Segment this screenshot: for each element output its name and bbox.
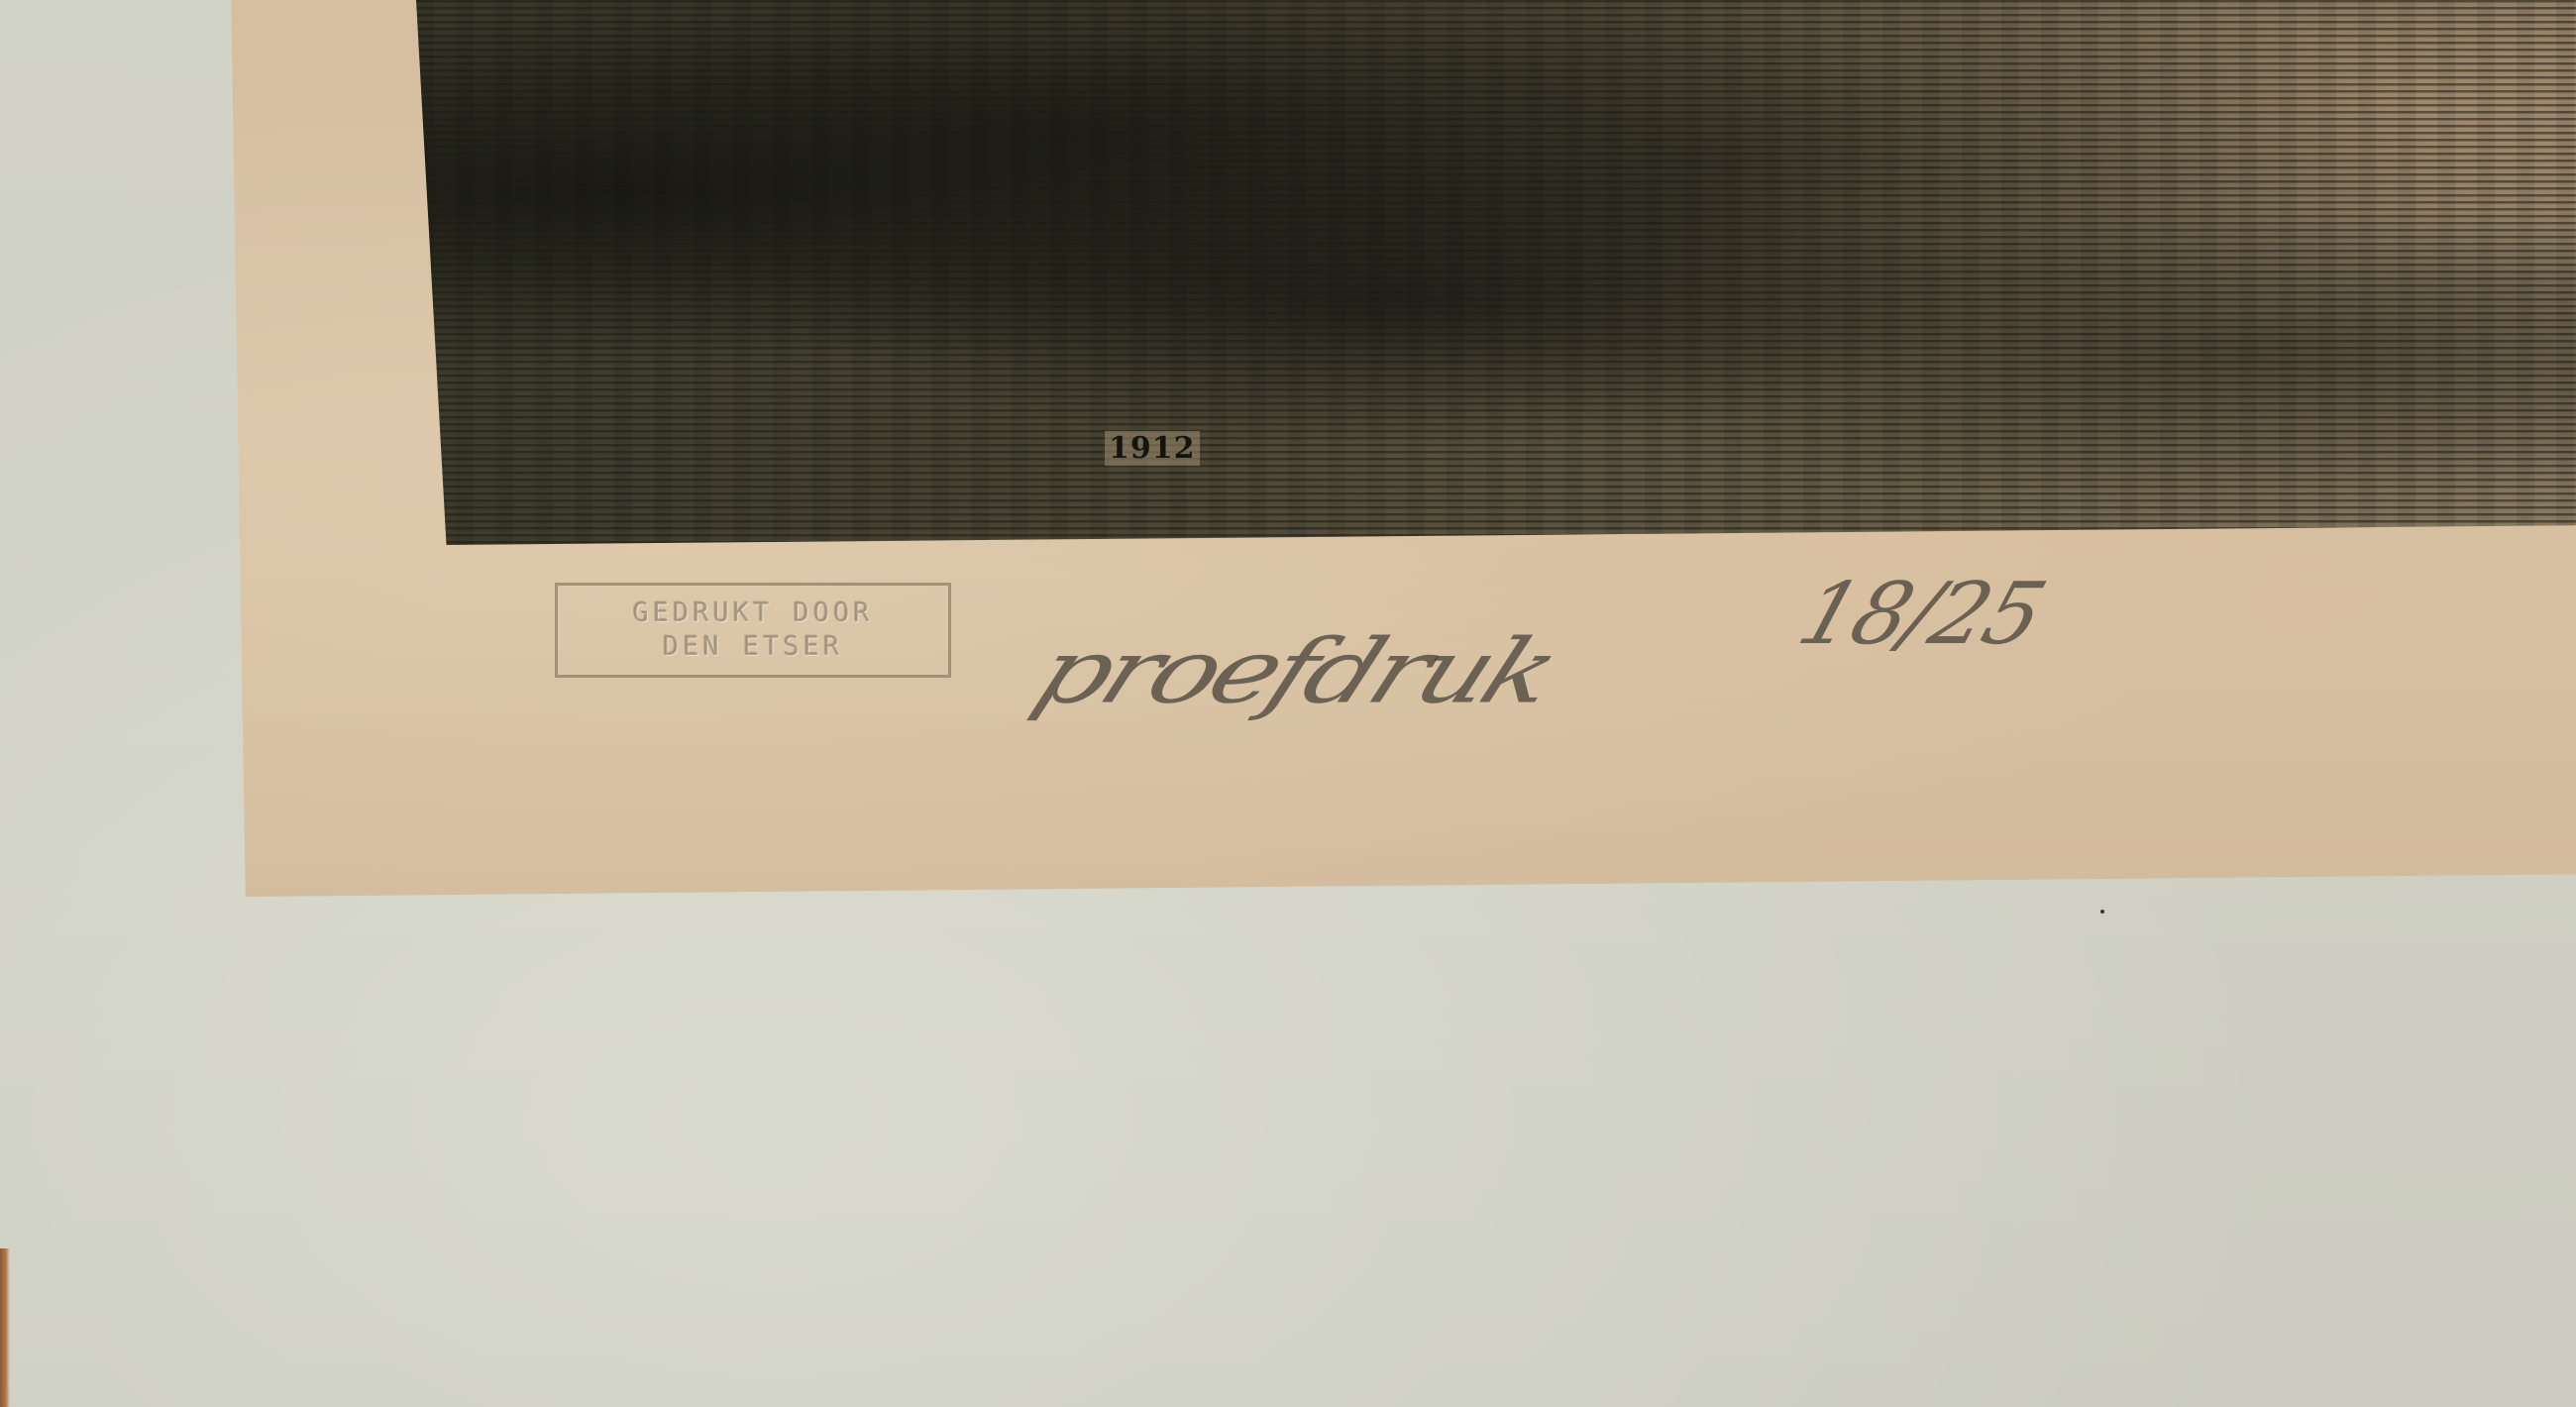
- pencil-annotation: proefdruk 18/25: [981, 565, 2031, 783]
- paper-speck: [2100, 910, 2104, 914]
- proof-annotation-text: proefdruk: [1020, 620, 1569, 723]
- plate-date-inscription: 1912: [1105, 431, 1200, 466]
- printer-blindstamp: GEDRUKT DOOR DEN ETSER: [555, 583, 951, 678]
- stamp-line-1: GEDRUKT DOOR: [632, 596, 873, 630]
- stamp-line-2: DEN ETSER: [663, 630, 843, 664]
- etching-plate-image: [416, 0, 2576, 545]
- edition-number: 18/25: [1787, 565, 2055, 664]
- frame-edge: [0, 1248, 10, 1407]
